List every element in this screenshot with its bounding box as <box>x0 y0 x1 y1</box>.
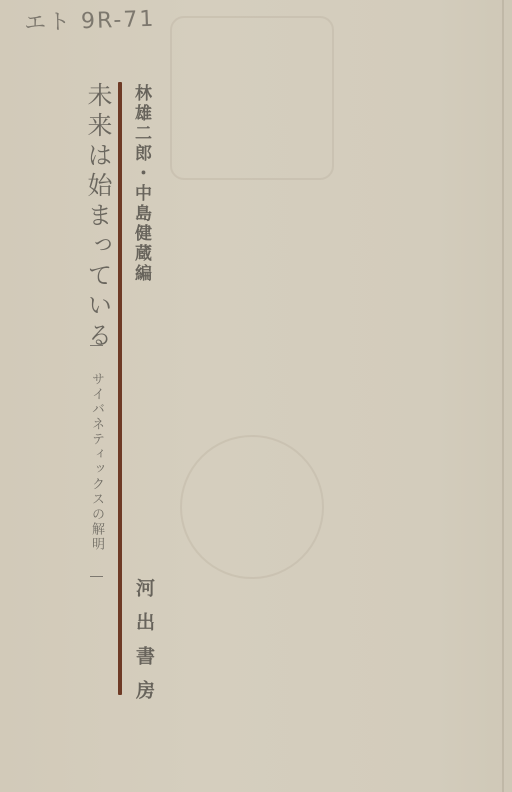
page-edge-shadow <box>502 0 504 792</box>
vertical-divider-rule <box>118 82 122 695</box>
faded-circle-mark <box>180 435 324 579</box>
book-subtitle: ― サイバネティックスの解明 ― <box>87 338 106 586</box>
book-cover: エト 9R-71 未来は始まっている 林雄二郎・中島健蔵編 ― サイバネティック… <box>0 0 512 792</box>
book-publisher: 河出書房 <box>131 578 158 714</box>
faded-box-mark <box>170 16 334 180</box>
handwritten-call-number: エト 9R-71 <box>23 2 155 38</box>
book-authors: 林雄二郎・中島健蔵編 <box>129 84 154 284</box>
book-title: 未来は始まっている <box>80 82 116 352</box>
